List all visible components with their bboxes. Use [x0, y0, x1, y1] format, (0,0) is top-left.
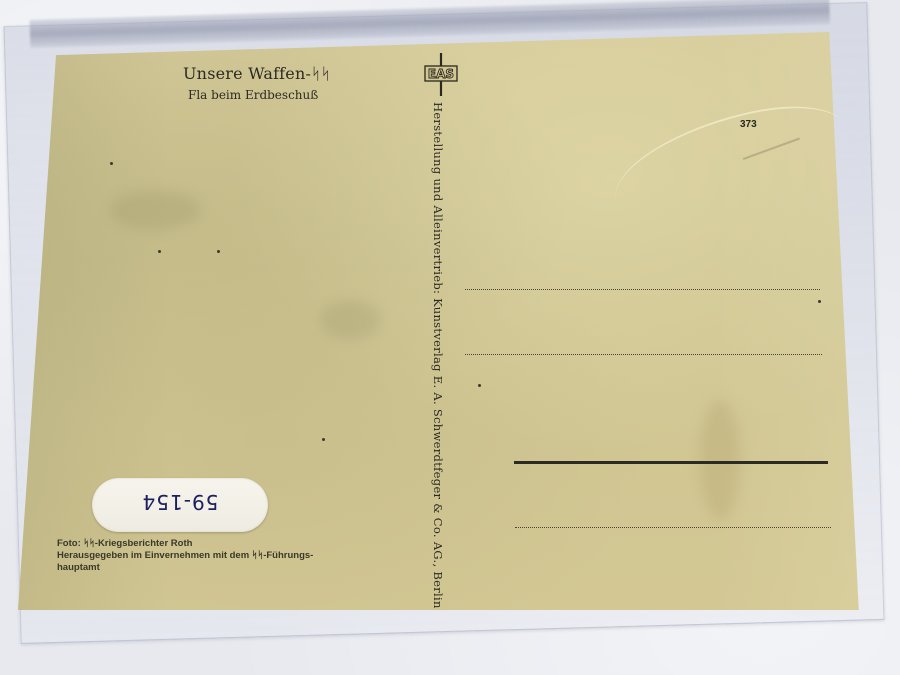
- publisher-logo-icon: EAS: [423, 52, 459, 98]
- stain: [700, 400, 740, 520]
- speck: [217, 250, 220, 253]
- address-line-3: [514, 461, 828, 464]
- postcard-title: Unsere Waffen-ᛋᛋ: [183, 64, 331, 83]
- credit-line-1: Foto: ᛋᛋ-Kriegsberichter Roth: [57, 538, 313, 550]
- card-number: 373: [740, 119, 757, 130]
- speck: [322, 438, 325, 441]
- speck: [818, 300, 821, 303]
- credit-line-2: Herausgegeben im Einvernehmen mit dem ᛋᛋ…: [57, 550, 313, 562]
- publisher-imprint: Herstellung und Alleinvertrieb: Kunstver…: [431, 102, 445, 609]
- stain: [320, 300, 380, 340]
- address-line-2: [465, 354, 822, 355]
- inventory-number: 59-154: [92, 490, 268, 514]
- postcard-subtitle: Fla beim Erdbeschuß: [188, 88, 318, 102]
- address-line-1: [465, 289, 820, 290]
- speck: [478, 384, 481, 387]
- photo-credits: Foto: ᛋᛋ-Kriegsberichter Roth Herausgege…: [57, 538, 313, 574]
- credit-line-3: hauptamt: [57, 562, 313, 574]
- address-line-4: [515, 527, 831, 528]
- inventory-sticker: 59-154: [92, 478, 268, 532]
- stain: [110, 190, 200, 230]
- speck: [158, 250, 161, 253]
- speck: [110, 162, 113, 165]
- svg-text:EAS: EAS: [428, 67, 454, 81]
